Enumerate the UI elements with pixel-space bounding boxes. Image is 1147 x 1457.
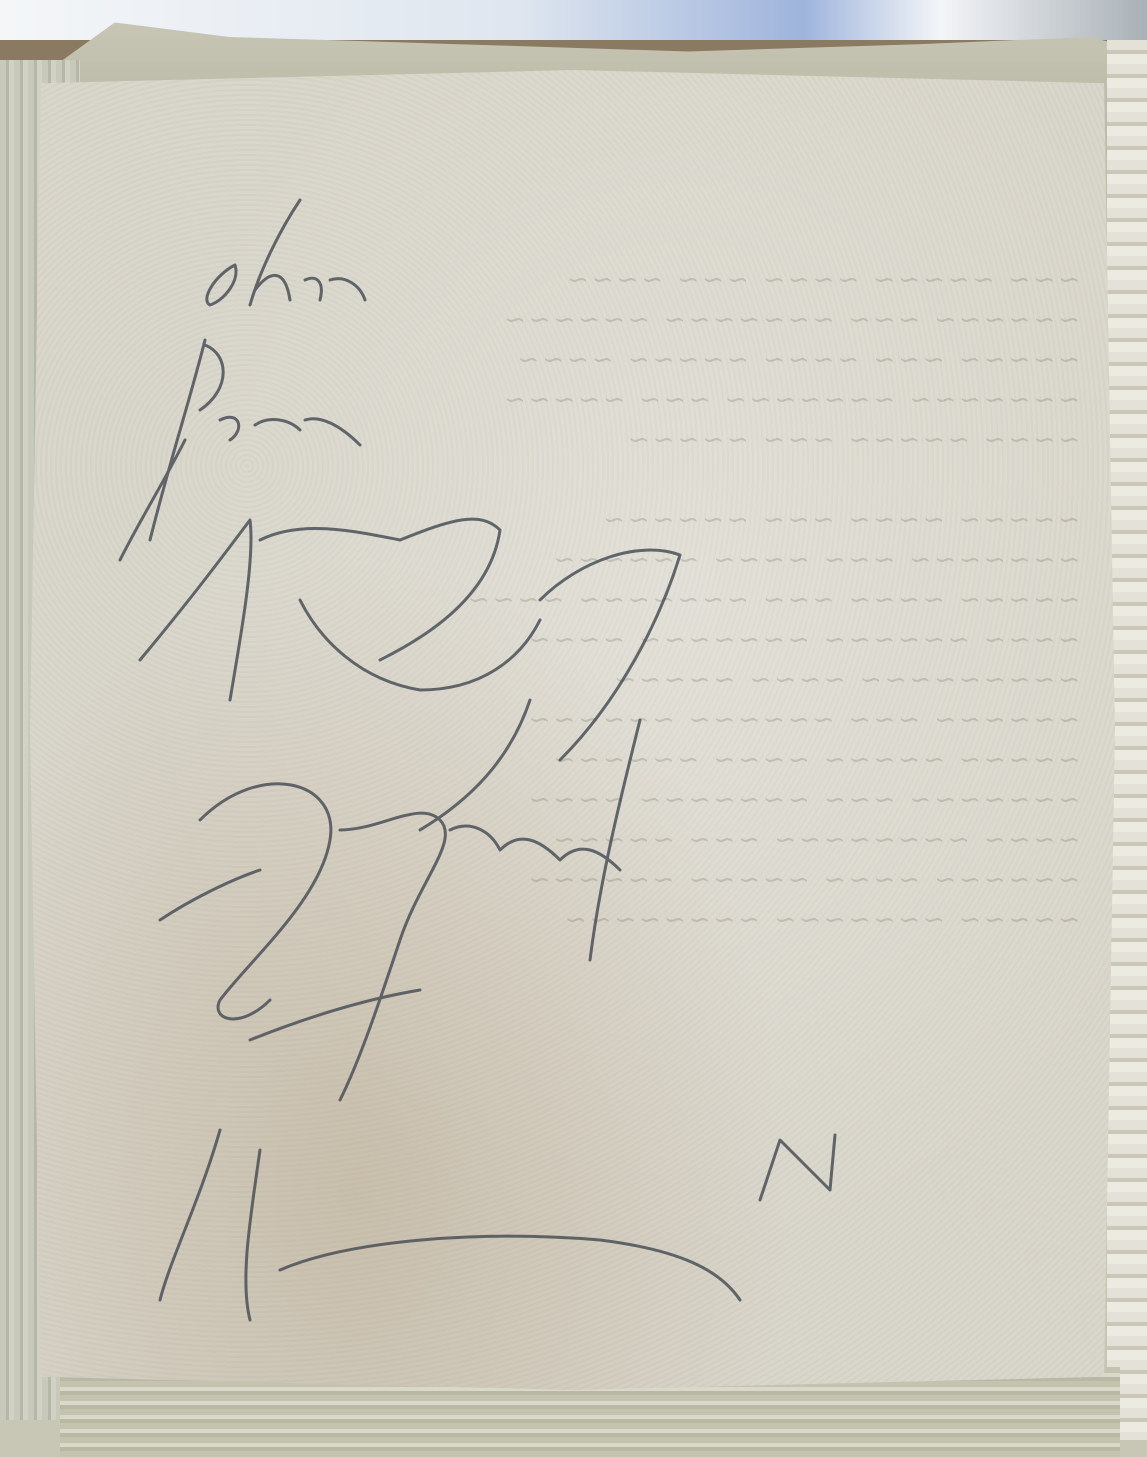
corner-mark-n [760,1135,835,1200]
scribble-line-2 [120,340,360,560]
pencil-handwriting [0,0,1147,1457]
scribble-line-1 [207,200,365,305]
scribble-lower-loops [160,1130,740,1320]
scribble-large-strokes [140,519,680,960]
scribble-signature [160,784,620,1100]
